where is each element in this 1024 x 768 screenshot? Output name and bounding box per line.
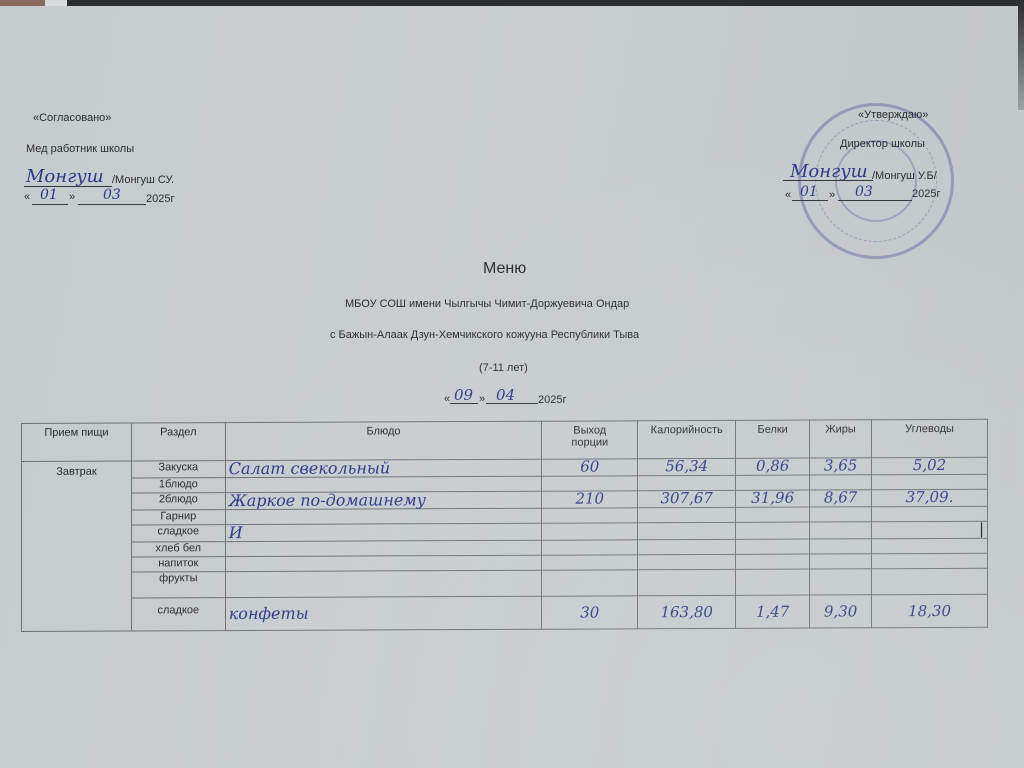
portion-cell: 30 [542,596,638,629]
calories-cell [638,539,736,554]
dish-cell [225,508,542,524]
section-cell: 1блюдо [131,478,225,493]
carbs-cell [872,568,988,595]
dish-cell: Салат свекольный [225,459,542,477]
carbs-cell [872,553,988,569]
proteins-cell: 0,86 [736,458,810,475]
age-group: (7-11 лет) [479,362,528,374]
header-portion: Выход порции [542,421,638,459]
proteins-cell [736,554,810,569]
calories-cell [638,522,736,539]
section-cell: 2блюдо [131,493,225,510]
approver-name: /Монгуш У.Б/ [872,170,937,182]
date-month: 03 [103,187,121,203]
header-calories: Калорийность [638,420,736,458]
header-carbs: Углеводы [872,419,988,458]
calories-cell: 163,80 [638,595,736,628]
fats-cell [810,554,872,569]
carbs-cell: 5,02 [872,457,988,475]
proteins-cell [736,539,810,554]
section-cell: напиток [131,557,225,572]
dish-cell: Жаркое по-домашнему [225,491,542,509]
portion-cell [542,508,638,523]
calories-cell [638,554,736,569]
calories-cell: 307,67 [638,490,736,507]
carbs-cell [872,506,988,522]
section-cell: фрукты [131,572,225,598]
header-meal: Прием пищи [22,423,132,461]
dish-cell: И [225,523,542,541]
calories-cell: 56,34 [638,458,736,475]
dish-cell [225,555,542,571]
calories-cell [638,569,736,595]
section-cell: хлеб бел [131,542,225,557]
dish-cell: конфеты [225,596,542,630]
proteins-cell: 31,96 [736,490,810,507]
approved-heading: «Утверждаю» [858,109,928,121]
fats-cell [810,522,872,539]
header-section: Раздел [131,423,225,461]
portion-cell [542,540,638,555]
date-day: 09 [454,386,473,404]
approver-name: /Монгуш СУ. [112,174,174,186]
table-header-row: Прием пищи Раздел Блюдо Выход порции Кал… [22,419,988,461]
menu-table: Прием пищи Раздел Блюдо Выход порции Кал… [21,419,988,632]
carbs-cell [872,538,988,554]
approved-heading: «Согласовано» [33,112,111,124]
fats-cell: 8,67 [810,490,872,507]
date-quote-close: » [829,189,835,201]
approver-position: Директор школы [840,138,925,150]
header-dish: Блюдо [225,421,542,460]
date-quote-close: » [69,191,75,203]
section-cell: сладкое [131,525,225,542]
date-month: 03 [855,184,873,200]
proteins-cell [736,569,810,595]
proteins-cell [736,507,810,522]
date-year: 2025г [538,394,566,406]
date-month: 04 [496,386,515,404]
fats-cell: 9,30 [810,595,872,628]
school-location: с Бажын-Алаак Дзун-Хемчикского кожууна Р… [330,329,639,341]
fats-cell [810,569,872,595]
signature: Монгуш [26,166,104,187]
portion-cell [542,523,638,540]
carbs-cell: | [872,521,988,539]
date-quote-open: « [24,191,30,203]
portion-cell: 210 [542,491,638,508]
date-day: 01 [800,184,818,200]
date-day: 01 [40,187,58,203]
dish-cell [225,540,542,556]
signature: Монгуш [790,161,868,182]
fats-cell [810,507,872,522]
portion-cell [542,555,638,570]
proteins-cell: 1,47 [736,595,810,628]
meal-name: Завтрак [22,461,132,631]
approver-position: Мед работник школы [26,143,134,155]
table-row: сладкое конфеты 30 163,80 1,47 9,30 18,3… [22,594,988,631]
date-year: 2025г [912,188,940,200]
school-name: МБОУ СОШ имени Чылгычы Чимит-Доржуевича … [345,298,629,310]
header-proteins: Белки [736,420,810,458]
section-cell: Гарнир [131,510,225,525]
fats-cell: 3,65 [810,458,872,475]
date-year: 2025г [146,193,174,205]
section-cell: Закуска [131,461,225,478]
proteins-cell [736,522,810,539]
date-quote-close: » [479,393,485,405]
dish-cell [225,570,542,597]
portion-cell: 60 [542,459,638,476]
fats-cell [810,539,872,554]
section-cell: сладкое [131,598,225,631]
portion-cell [542,570,638,596]
page-title: Меню [483,260,526,278]
carbs-cell: 18,30 [872,594,988,628]
carbs-cell: 37,09. [872,489,988,507]
date-quote-open: « [785,189,791,201]
calories-cell [638,507,736,522]
header-fats: Жиры [810,420,872,458]
